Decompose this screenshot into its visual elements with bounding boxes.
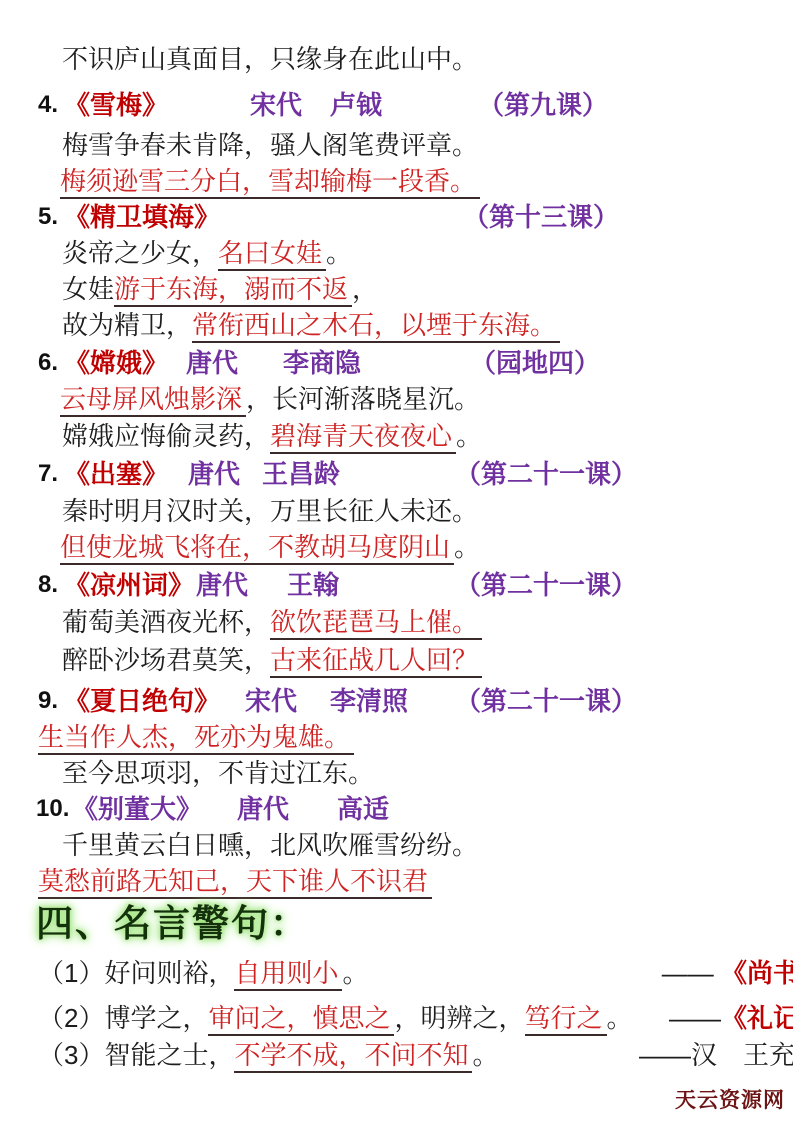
poem-text: 秦时明月汉时关，万里长征人未还。 (62, 496, 478, 526)
poem-line: 嫦娥应悔偷灵药，碧海青天夜夜心。 (0, 419, 793, 453)
poem-header: 10. 《别董大》 唐代 高适 (0, 792, 793, 826)
poem-text: 故为精卫， (62, 310, 192, 340)
poem-line: 故为精卫，常衔西山之木石，以堙于东海。 (0, 308, 793, 342)
poem-line: 云母屏风烛影深，长河渐落晓星沉。 (0, 382, 793, 416)
saying-line: （1）好问则裕，自用则小。 —— 《尚书》 (0, 956, 793, 990)
highlight-text: 审问之，慎思之 (208, 1003, 394, 1036)
saying-line: （3）智能之士，不学不成，不问不知。 ——汉 王充 (0, 1038, 793, 1072)
highlight-text: 不学不成，不问不知 (234, 1040, 472, 1073)
lesson-ref: （第二十一课） (455, 568, 637, 602)
poem-header: 5. 《精卫填海》 （第十三课） (0, 200, 793, 234)
poem-text: 。 (454, 532, 480, 562)
item-number: 4. (38, 88, 58, 122)
saying-text: ，明辨之， (394, 1003, 524, 1033)
dynasty-label: 宋代 (250, 88, 302, 122)
highlight-text: 生当作人杰，死亦为鬼雄。 (38, 722, 354, 755)
lesson-ref: （园地四） (470, 346, 600, 380)
saying-text: 。 (472, 1040, 498, 1070)
poem-line: 女娃游于东海，溺而不返， (0, 272, 793, 306)
poem-text: ，长河渐落晓星沉。 (246, 384, 480, 414)
source-label: 《尚书》 (721, 958, 793, 988)
poem-line: 不识庐山真面目，只缘身在此山中。 (0, 42, 793, 76)
lesson-ref: （第十三课） (463, 200, 619, 234)
saying-text: 。 (342, 958, 368, 988)
highlight-text: 梅须逊雪三分白，雪却输梅一段香。 (60, 166, 480, 199)
poem-line: 莫愁前路无知己，天下谁人不识君 (0, 864, 793, 898)
poem-line: 葡萄美酒夜光杯，欲饮琵琶马上催。 (0, 605, 793, 639)
attribution-dash: —— (662, 958, 721, 988)
poem-line: 炎帝之少女，名曰女娃。 (0, 236, 793, 270)
poem-line: 梅雪争春未肯降，骚人阁笔费评章。 (0, 128, 793, 162)
author-label: 高适 (337, 792, 389, 826)
highlight-text: 常衔西山之木石，以堙于东海。 (192, 310, 560, 343)
highlight-text: 游于东海，溺而不返 (114, 274, 352, 307)
attribution: ——《礼记》 (669, 1001, 793, 1035)
poem-text: 千里黄云白日曛，北风吹雁雪纷纷。 (62, 830, 478, 860)
highlight-text: 欲饮琵琶马上催。 (270, 607, 482, 640)
dynasty-label: 唐代 (196, 568, 248, 602)
poem-line: 但使龙城飞将在，不教胡马度阴山。 (0, 530, 793, 564)
section-title: 四、名言警句： (36, 903, 309, 944)
dynasty-label: 唐代 (237, 792, 289, 826)
poem-text: ， (352, 274, 378, 304)
author-label: 李清照 (330, 684, 408, 718)
lesson-ref: （第二十一课） (455, 684, 637, 718)
highlight-text: 但使龙城飞将在，不教胡马度阴山 (60, 532, 454, 565)
poem-line: 至今思项羽，不肯过江东。 (0, 756, 793, 790)
poem-title: 《雪梅》 (64, 88, 168, 122)
dynasty-label: 唐代 (188, 457, 240, 491)
saying-text: （1）好问则裕， (38, 958, 234, 988)
author-label: 李商隐 (283, 346, 361, 380)
poem-text: 炎帝之少女， (62, 238, 218, 268)
poem-header: 8. 《凉州词》 唐代 王翰 （第二十一课） (0, 568, 793, 602)
poem-line: 千里黄云白日曛，北风吹雁雪纷纷。 (0, 828, 793, 862)
poem-line: 醉卧沙场君莫笑，古来征战几人回？ (0, 643, 793, 677)
poem-text: 醉卧沙场君莫笑， (62, 645, 270, 675)
saying-text: 。 (607, 1003, 633, 1033)
poem-text: 不识庐山真面目，只缘身在此山中。 (62, 44, 478, 74)
highlight-text: 笃行之 (525, 1003, 607, 1036)
poem-line: 秦时明月汉时关，万里长征人未还。 (0, 494, 793, 528)
poem-text: 嫦娥应悔偷灵药， (62, 421, 270, 451)
attribution: —— 《尚书》 (662, 956, 793, 990)
section-header: 四、名言警句： (0, 898, 793, 950)
saying-text: （3）智能之士， (38, 1040, 234, 1070)
poem-line: 梅须逊雪三分白，雪却输梅一段香。 (0, 164, 793, 198)
lesson-ref: （第二十一课） (455, 457, 637, 491)
poem-title: 《凉州词》 (64, 568, 194, 602)
dynasty-label: 唐代 (186, 346, 238, 380)
lesson-ref: （第九课） (478, 88, 608, 122)
watermark: 天云资源网 (675, 1084, 785, 1114)
highlight-text: 自用则小 (234, 958, 342, 991)
highlight-text: 云母屏风烛影深 (60, 384, 246, 417)
item-number: 5. (38, 200, 58, 234)
poem-header: 9. 《夏日绝句》 宋代 李清照 （第二十一课） (0, 684, 793, 718)
author-label: 王昌龄 (262, 457, 340, 491)
poem-title: 《夏日绝句》 (64, 684, 220, 718)
attribution: ——汉 王充 (639, 1038, 793, 1072)
poem-text: 。 (456, 421, 482, 451)
saying-line: （2）博学之，审问之，慎思之，明辨之，笃行之。 ——《礼记》 (0, 1001, 793, 1035)
highlight-text: 名曰女娃 (218, 238, 326, 271)
poem-text: 葡萄美酒夜光杯， (62, 607, 270, 637)
attribution-author: ——汉 王充 (639, 1040, 793, 1070)
poem-text: 至今思项羽，不肯过江东。 (62, 758, 374, 788)
poem-text: 。 (326, 238, 352, 268)
poem-title: 《出塞》 (64, 457, 168, 491)
poem-header: 4. 《雪梅》 宋代 卢钺 （第九课） (0, 88, 793, 122)
item-number: 7. (38, 457, 58, 491)
attribution-dash: —— (669, 1003, 721, 1033)
item-number: 8. (38, 568, 58, 602)
author-label: 卢钺 (330, 88, 382, 122)
highlight-text: 碧海青天夜夜心 (270, 421, 456, 454)
poem-line: 生当作人杰，死亦为鬼雄。 (0, 720, 793, 754)
poem-title: 《精卫填海》 (64, 200, 220, 234)
dynasty-label: 宋代 (245, 684, 297, 718)
poem-text: 梅雪争春未肯降，骚人阁笔费评章。 (62, 130, 478, 160)
item-number: 9. (38, 684, 58, 718)
poem-title: 《别董大》 (72, 792, 202, 826)
highlight-text: 古来征战几人回？ (270, 645, 482, 678)
poem-title: 《嫦娥》 (64, 346, 168, 380)
document-page: 不识庐山真面目，只缘身在此山中。 4. 《雪梅》 宋代 卢钺 （第九课） 梅雪争… (0, 0, 793, 1122)
poem-header: 7. 《出塞》 唐代 王昌龄 （第二十一课） (0, 457, 793, 491)
saying-text: （2）博学之， (38, 1003, 208, 1033)
item-number: 6. (38, 346, 58, 380)
author-label: 王翰 (287, 568, 339, 602)
poem-text: 女娃 (62, 274, 114, 304)
source-label: 《礼记》 (721, 1003, 793, 1033)
item-number: 10. (36, 792, 69, 826)
poem-header: 6. 《嫦娥》 唐代 李商隐 （园地四） (0, 346, 793, 380)
highlight-text: 莫愁前路无知己，天下谁人不识君 (38, 866, 432, 899)
